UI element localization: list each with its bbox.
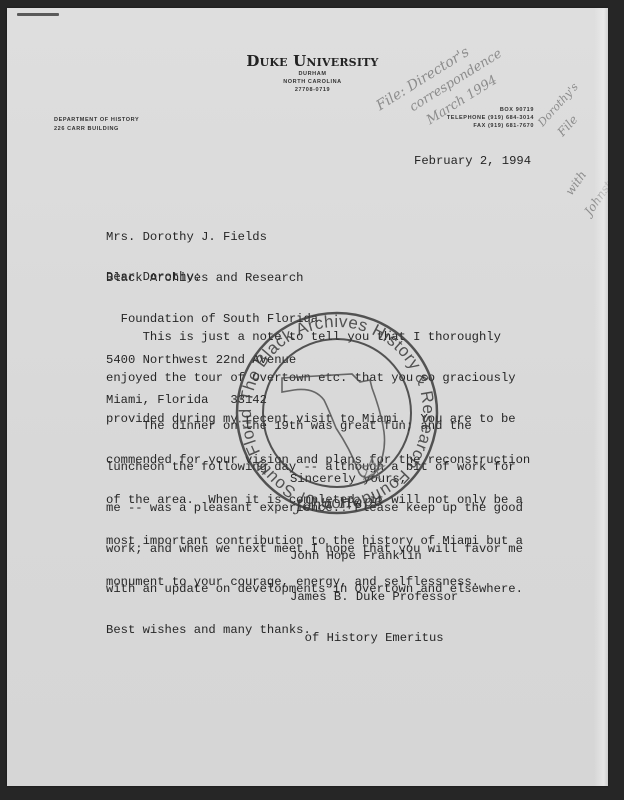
letterhead-city: DURHAM	[17, 70, 608, 78]
closing: Sincerely yours,	[290, 473, 407, 487]
signatory-block: John Hope Franklin James B. Duke Profess…	[290, 523, 458, 673]
department-building: 226 CARR BUILDING	[54, 125, 139, 134]
letter-page: Duke University DURHAM NORTH CAROLINA 27…	[7, 8, 608, 786]
handwritten-note: File	[555, 112, 581, 139]
institution-name: Duke University	[17, 52, 608, 70]
letterhead: Duke University DURHAM NORTH CAROLINA 27…	[7, 52, 608, 94]
letterhead-zip: 27708-0719	[17, 86, 608, 94]
signatory-line: of History Emeritus	[290, 632, 458, 646]
body-line: enjoyed the tour of Overtown etc. that y…	[106, 372, 530, 386]
signatory-line: James B. Duke Professor	[290, 591, 458, 605]
address-line: Mrs. Dorothy J. Fields	[106, 231, 318, 245]
salutation: Dear Dorothy:	[106, 271, 201, 285]
body-line: The dinner on the 19th was great fun; an…	[106, 420, 523, 434]
letterhead-state: NORTH CAROLINA	[17, 78, 608, 86]
body-line: This is just a note to tell you that I t…	[106, 331, 530, 345]
signatory-line: John Hope Franklin	[290, 550, 458, 564]
department-name: DEPARTMENT OF HISTORY	[54, 116, 139, 125]
handwritten-note: with	[563, 168, 590, 198]
department-block: DEPARTMENT OF HISTORY 226 CARR BUILDING	[54, 116, 139, 134]
contact-fax: FAX (919) 681-7670	[447, 122, 534, 130]
contact-telephone: TELEPHONE (919) 684-3014	[447, 114, 534, 122]
letter-date: February 2, 1994	[414, 155, 531, 169]
staple-mark	[17, 13, 59, 16]
